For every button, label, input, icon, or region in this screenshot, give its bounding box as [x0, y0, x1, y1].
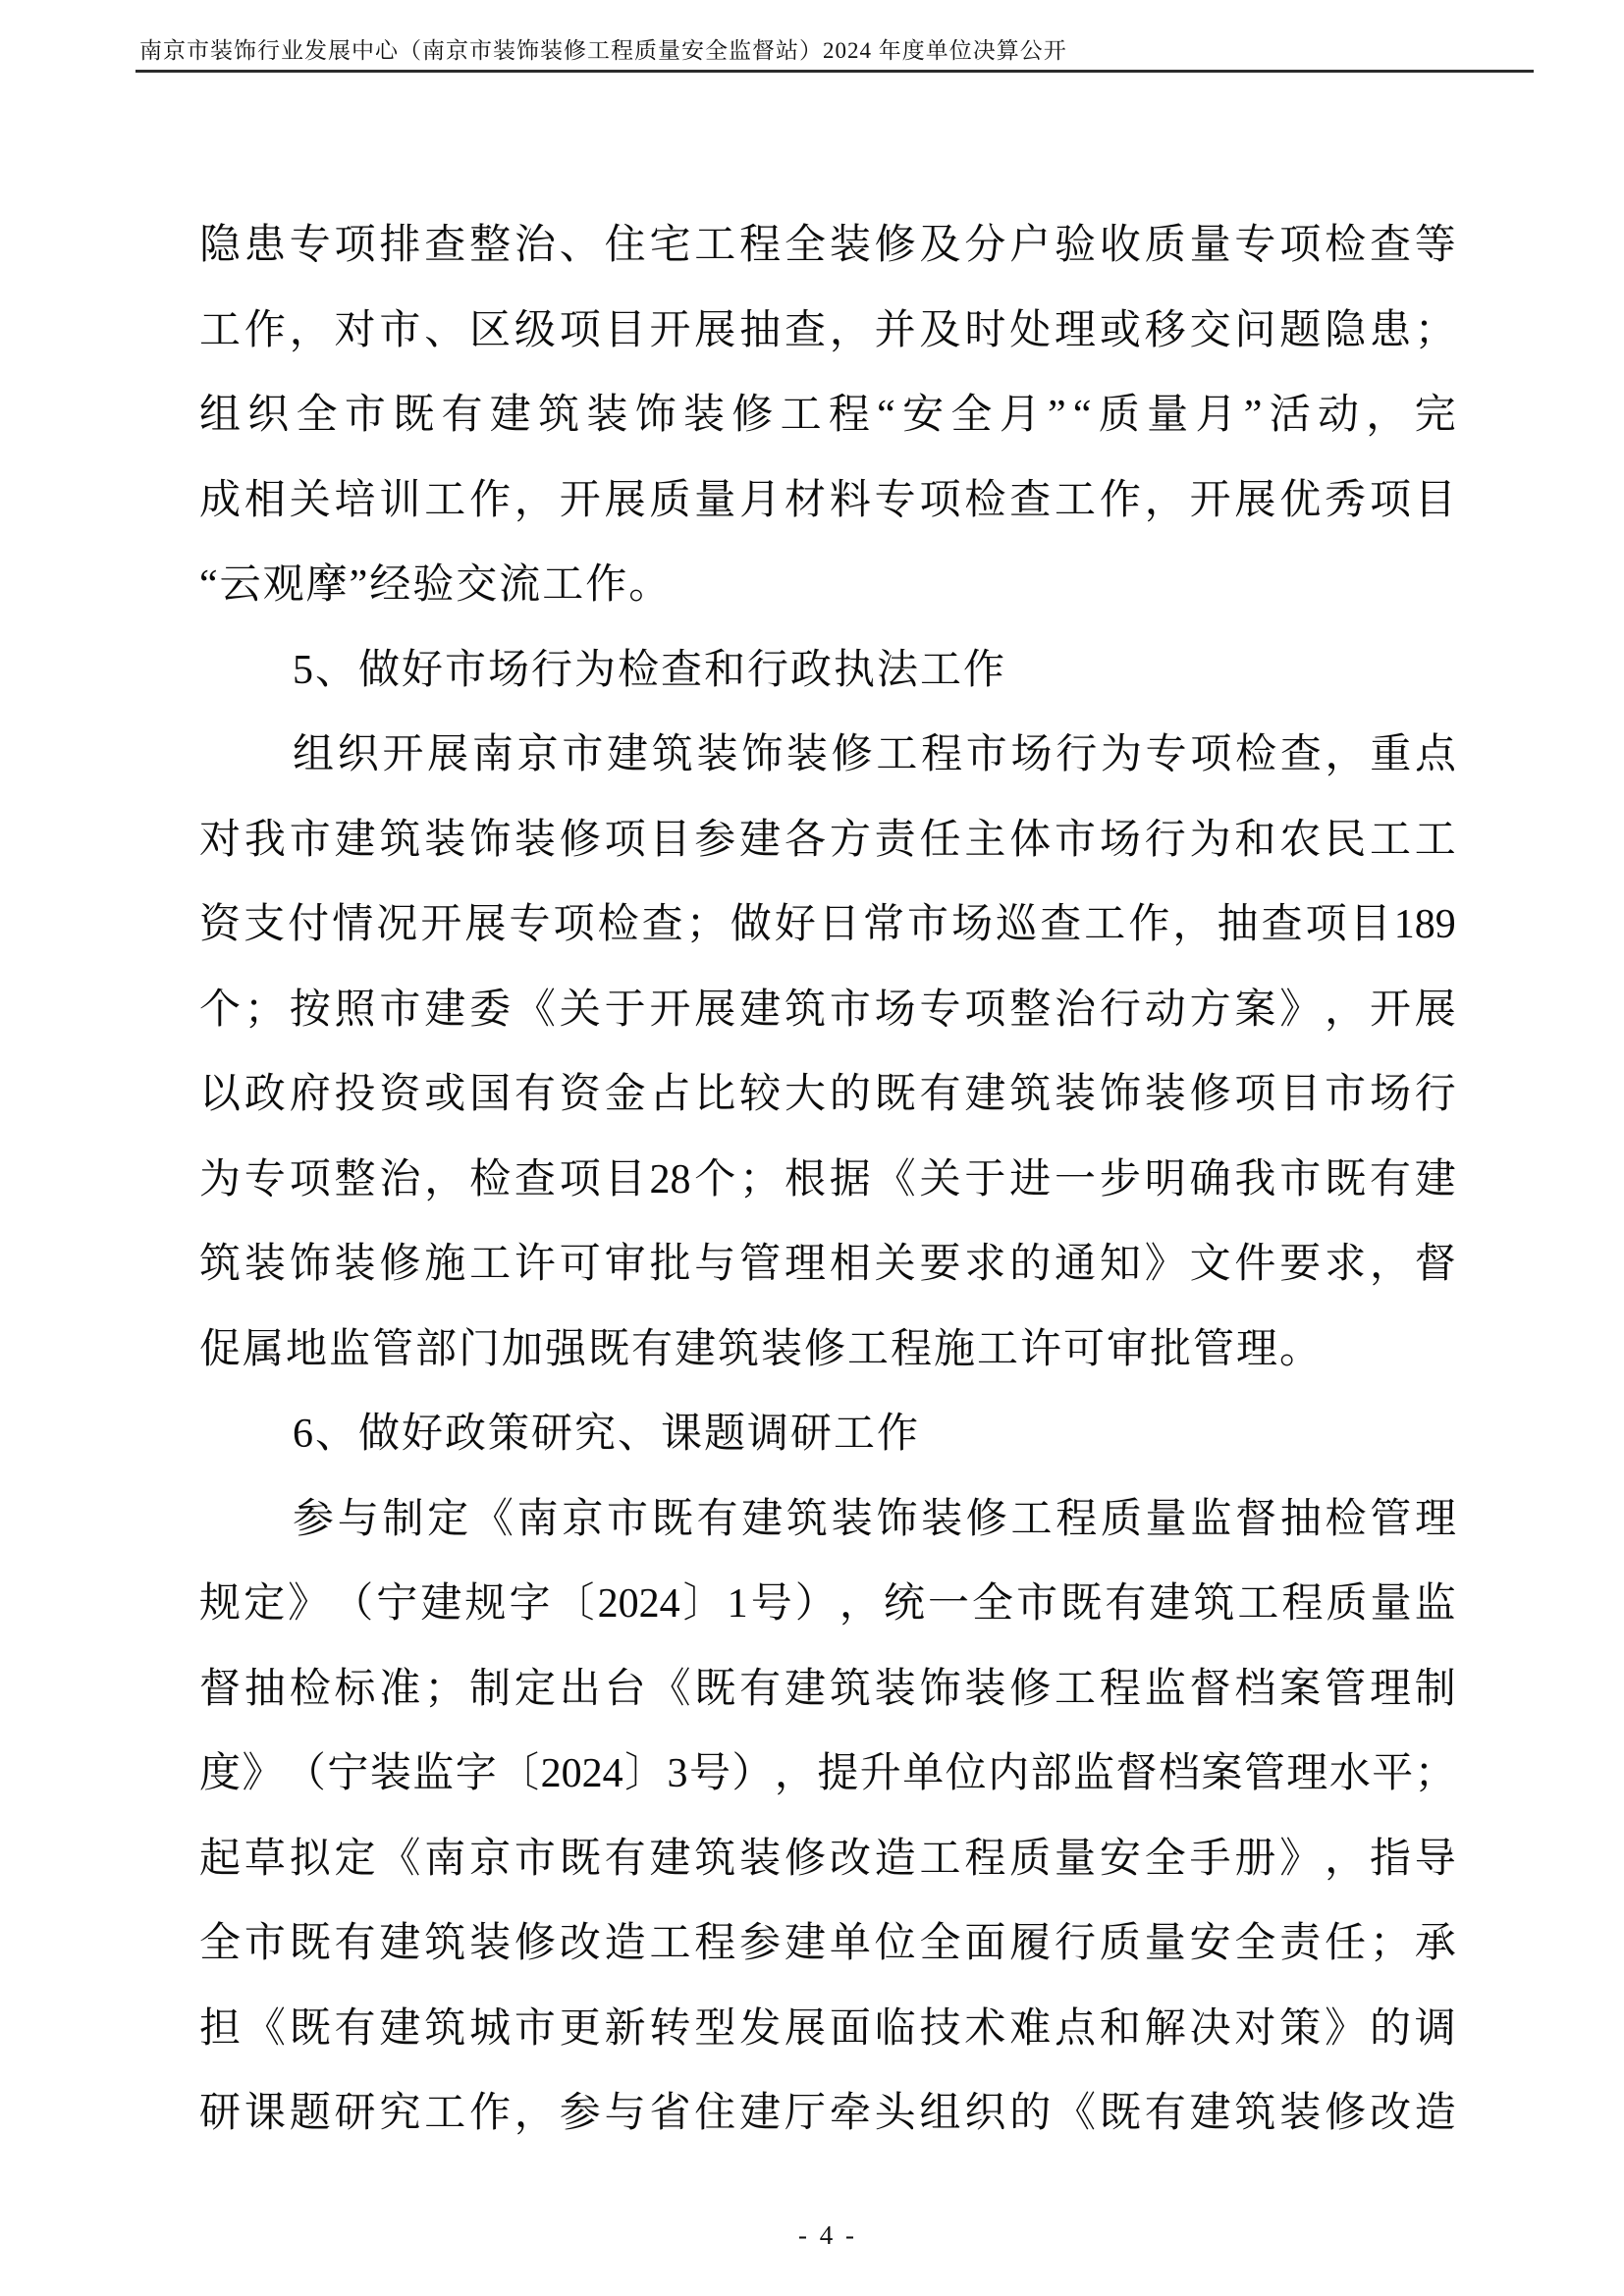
text-line: 对我市建筑装饰装修项目参建各方责任主体市场行为和农民工工: [199, 798, 1456, 883]
text-line: 为专项整治，检查项目28个；根据《关于进一步明确我市既有建: [199, 1138, 1456, 1223]
document-body: 隐患专项排查整治、住宅工程全装修及分户验收质量专项检查等工作，对市、区级项目开展…: [199, 203, 1456, 2157]
text-line: 起草拟定《南京市既有建筑装修改造工程质量安全手册》，指导: [199, 1817, 1456, 1902]
text-line: 参与制定《南京市既有建筑装饰装修工程质量监督抽检管理: [199, 1477, 1456, 1563]
page-footer: - 4 -: [199, 2220, 1456, 2251]
header-rule: [135, 70, 1534, 73]
text-line: 筑装饰装修施工许可审批与管理相关要求的通知》文件要求，督: [199, 1222, 1456, 1308]
text-line: “云观摩”经验交流工作。: [199, 543, 1456, 628]
text-line: 隐患专项排查整治、住宅工程全装修及分户验收质量专项检查等: [199, 203, 1456, 289]
text-line: 规定》（宁建规字〔2024〕1号），统一全市既有建筑工程质量监: [199, 1562, 1456, 1647]
text-line: 资支付情况开展专项检查；做好日常市场巡查工作，抽查项目189: [199, 882, 1456, 968]
text-line: 促属地监管部门加强既有建筑装修工程施工许可审批管理。: [199, 1308, 1456, 1393]
text-line: 组织全市既有建筑装饰装修工程“安全月”“质量月”活动，完: [199, 373, 1456, 458]
text-line: 度》（宁装监字〔2024〕3号），提升单位内部监督档案管理水平；: [199, 1732, 1456, 1817]
text-line: 全市既有建筑装修改造工程参建单位全面履行质量安全责任；承: [199, 1901, 1456, 1987]
text-line: 组织开展南京市建筑装饰装修工程市场行为专项检查，重点: [199, 713, 1456, 798]
text-line: 6、做好政策研究、课题调研工作: [199, 1392, 1456, 1477]
text-line: 工作，对市、区级项目开展抽查，并及时处理或移交问题隐患；: [199, 289, 1456, 374]
text-line: 5、做好市场行为检查和行政执法工作: [199, 628, 1456, 714]
text-line: 研课题研究工作，参与省住建厅牵头组织的《既有建筑装修改造: [199, 2071, 1456, 2157]
document-page: 南京市装饰行业发展中心（南京市装饰装修工程质量安全监督站）2024 年度单位决算…: [0, 0, 1624, 2296]
text-line: 以政府投资或国有资金占比较大的既有建筑装饰装修项目市场行: [199, 1052, 1456, 1138]
header-title: 南京市装饰行业发展中心（南京市装饰装修工程质量安全监督站）2024 年度单位决算…: [139, 37, 1067, 65]
text-line: 个；按照市建委《关于开展建筑市场专项整治行动方案》，开展: [199, 968, 1456, 1053]
text-line: 督抽检标准；制定出台《既有建筑装饰装修工程监督档案管理制: [199, 1647, 1456, 1733]
text-line: 担《既有建筑城市更新转型发展面临技术难点和解决对策》的调: [199, 1987, 1456, 2072]
page-number: - 4 -: [798, 2220, 857, 2250]
text-line: 成相关培训工作，开展质量月材料专项检查工作，开展优秀项目: [199, 458, 1456, 544]
